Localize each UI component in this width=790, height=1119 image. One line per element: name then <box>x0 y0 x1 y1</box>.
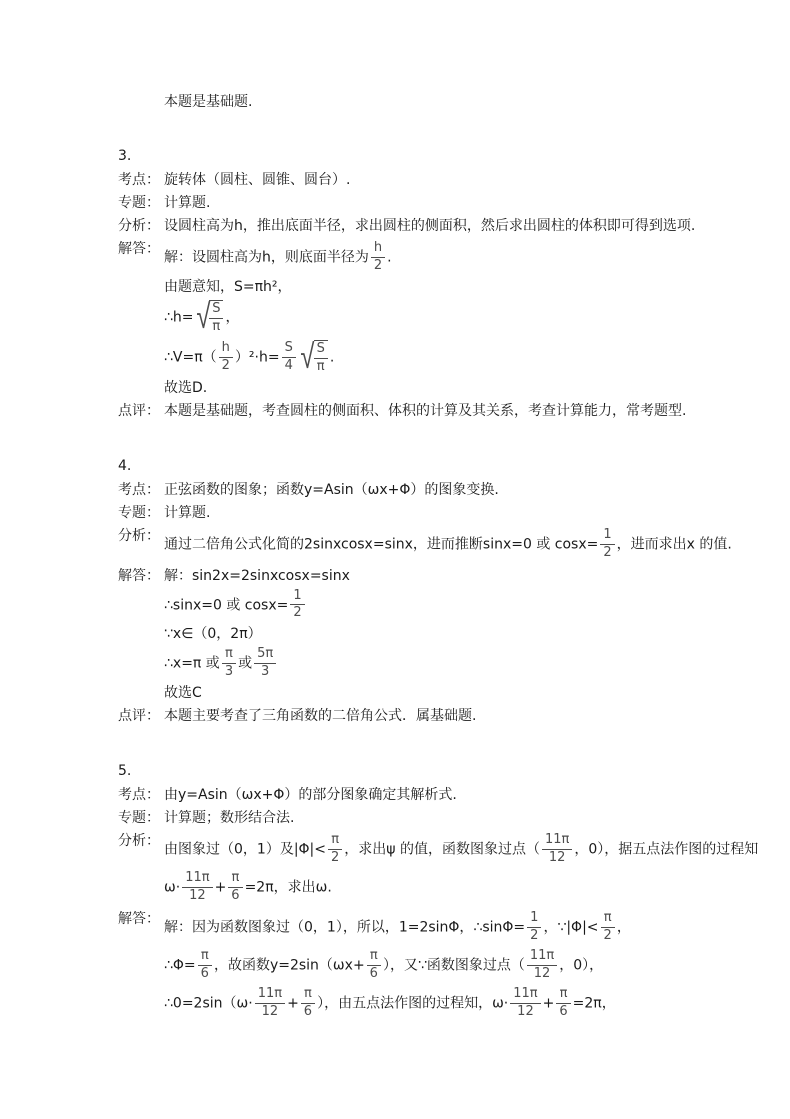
row-content: 正弦函数的图象；函数y=Asin（ωx+Φ）的图象变换. <box>164 479 772 501</box>
fraction-denominator: 2 <box>290 605 304 621</box>
row-content: 本题主要考查了三角函数的二倍角公式．属基础题. <box>164 705 772 727</box>
row-content: 解：设圆柱高为h，则底面半径为h2.由题意知，S=πh²，∴h=√Sπ，∴V=π… <box>164 238 772 399</box>
text-run: ，∵|Φ|< <box>543 919 598 935</box>
fraction-denominator: 12 <box>527 966 557 982</box>
problem-number: 4. <box>118 456 772 476</box>
fraction: h2 <box>371 241 385 274</box>
text-run: ∴h= <box>164 309 194 325</box>
fraction: π2 <box>601 911 615 944</box>
fraction: π6 <box>198 949 212 982</box>
content-line: ω·11π12+π6=2π，求出ω. <box>164 869 772 906</box>
fraction-numerator: π <box>222 647 236 664</box>
solution-row: 分析：设圆柱高为h，推出底面半径，求出圆柱的侧面积，然后求出圆柱的体积即可得到选… <box>118 215 772 237</box>
row-label: 解答： <box>118 238 164 259</box>
sqrt-expression: √Sπ <box>298 340 328 375</box>
content-line: 故选D. <box>164 378 772 398</box>
fraction-denominator: 2 <box>601 928 615 944</box>
fraction-numerator: 11π <box>527 949 557 966</box>
content-line: ∴Φ=π6，故函数y=2sin（ωx+π6），又∵函数图象过点（11π12，0）… <box>164 947 772 984</box>
radical-sign: √ <box>196 301 210 333</box>
text-run: 或 <box>238 656 252 672</box>
text-run: 旋转体（圆柱、圆锥、圆台）. <box>164 172 350 188</box>
fraction: Sπ <box>209 302 223 335</box>
problem-number: 3. <box>118 146 772 166</box>
fraction-numerator: S <box>209 302 223 319</box>
row-content: 计算题. <box>164 502 772 524</box>
fraction: 11π12 <box>527 949 557 982</box>
content-line: 解：因为函数图象过（0，1），所以，1=2sinΦ，∴sinΦ=12，∵|Φ|<… <box>164 909 772 946</box>
fraction-numerator: π <box>328 833 342 850</box>
text-run: ，求出ψ 的值，函数图象过点（ <box>344 842 540 858</box>
text-run: ， <box>225 309 239 325</box>
text-run: + <box>287 995 299 1011</box>
fraction-numerator: 1 <box>527 911 541 928</box>
fraction-denominator: 12 <box>510 1004 540 1020</box>
fraction: 12 <box>527 911 541 944</box>
text-run: ∵x∈（0，2π） <box>164 626 262 642</box>
fraction: 5π3 <box>254 647 276 680</box>
content-line: 设圆柱高为h，推出底面半径，求出圆柱的侧面积，然后求出圆柱的体积即可得到选项. <box>164 216 772 236</box>
solution-row: 专题：计算题. <box>118 192 772 214</box>
row-label: 专题： <box>118 192 164 213</box>
fraction-numerator: 5π <box>254 647 276 664</box>
fraction: π3 <box>222 647 236 680</box>
text-run: ω· <box>164 880 180 896</box>
fraction: Sπ <box>314 342 328 375</box>
radicand: Sπ <box>209 300 223 335</box>
content-line: 故选C <box>164 683 772 703</box>
solution-row: 解答：解：因为函数图象过（0，1），所以，1=2sinΦ，∴sinΦ=12，∵|… <box>118 908 772 1023</box>
solution-row: 考点：正弦函数的图象；函数y=Asin（ωx+Φ）的图象变换. <box>118 479 772 501</box>
row-label: 解答： <box>118 565 164 586</box>
row-label: 分析： <box>118 525 164 546</box>
sqrt-expression: √Sπ <box>194 300 224 335</box>
fraction-numerator: π <box>367 949 381 966</box>
text-run: ，进而求出x 的值. <box>617 536 732 552</box>
fraction: π2 <box>328 833 342 866</box>
text-run: 计算题. <box>164 195 210 211</box>
text-run: ，0）， <box>559 957 603 973</box>
row-content: 设圆柱高为h，推出底面半径，求出圆柱的侧面积，然后求出圆柱的体积即可得到选项. <box>164 215 772 237</box>
fraction-denominator: 12 <box>255 1004 285 1020</box>
problem-section: 3.考点：旋转体（圆柱、圆锥、圆台）.专题：计算题.分析：设圆柱高为h，推出底面… <box>118 146 772 422</box>
text-run: 解：因为函数图象过（0，1），所以，1=2sinΦ，∴sinΦ= <box>164 919 525 935</box>
content-line: ∴0=2sin（ω·11π12+π6），由五点法作图的过程知，ω·11π12+π… <box>164 985 772 1022</box>
fraction-denominator: π <box>314 359 328 375</box>
content-line: 本题是基础题，考查圆柱的侧面积、体积的计算及其关系，考查计算能力，常考题型. <box>164 401 772 421</box>
fraction: 11π12 <box>255 987 285 1020</box>
fraction: h2 <box>219 341 233 374</box>
fraction-numerator: π <box>556 987 570 1004</box>
text-run: ）²·h= <box>235 349 280 365</box>
text-run: 本题是基础题，考查圆柱的侧面积、体积的计算及其关系，考查计算能力，常考题型. <box>164 403 686 419</box>
row-label: 分析： <box>118 830 164 851</box>
fraction-denominator: 2 <box>219 358 233 374</box>
problem-section: 5.考点：由y=Asin（ωx+Φ）的部分图象确定其解析式.专题：计算题；数形结… <box>118 761 772 1022</box>
content-line: ∴x=π 或π3或5π3 <box>164 645 772 682</box>
fraction-numerator: 11π <box>542 833 572 850</box>
content-line: ∴h=√Sπ， <box>164 298 772 337</box>
text-run: 解：sin2x=2sinxcosx=sinx <box>164 568 350 584</box>
fraction-denominator: 12 <box>542 850 572 866</box>
fraction-numerator: π <box>228 871 242 888</box>
fraction-numerator: 11π <box>510 987 540 1004</box>
row-label: 点评： <box>118 400 164 421</box>
solution-row: 专题：计算题. <box>118 502 772 524</box>
content-line: 本题主要考查了三角函数的二倍角公式．属基础题. <box>164 706 772 726</box>
fraction: π6 <box>556 987 570 1020</box>
row-label: 解答： <box>118 908 164 929</box>
solution-row: 解答：解：设圆柱高为h，则底面半径为h2.由题意知，S=πh²，∴h=√Sπ，∴… <box>118 238 772 399</box>
fraction-numerator: π <box>301 987 315 1004</box>
fraction-denominator: 2 <box>527 928 541 944</box>
text-run: 本题主要考查了三角函数的二倍角公式．属基础题. <box>164 708 476 724</box>
content-line: 计算题. <box>164 503 772 523</box>
row-label: 考点： <box>118 784 164 805</box>
text-run: 故选C <box>164 685 202 701</box>
row-content: 由y=Asin（ωx+Φ）的部分图象确定其解析式. <box>164 784 772 806</box>
text-run: ∴Φ= <box>164 957 196 973</box>
text-run: 故选D. <box>164 380 207 396</box>
solution-row: 点评：本题主要考查了三角函数的二倍角公式．属基础题. <box>118 705 772 727</box>
fraction-numerator: 1 <box>600 528 614 545</box>
row-content: 旋转体（圆柱、圆锥、圆台）. <box>164 169 772 191</box>
solution-row: 解答：解：sin2x=2sinxcosx=sinx∴sinx=0 或 cosx=… <box>118 565 772 705</box>
row-label: 考点： <box>118 479 164 500</box>
content-line: 解：设圆柱高为h，则底面半径为h2. <box>164 239 772 276</box>
text-run: 通过二倍角公式化简的2sinxcosx=sinx，进而推断sinx=0 或 co… <box>164 536 598 552</box>
row-label: 专题： <box>118 807 164 828</box>
text-run: 由图象过（0，1）及|Φ|< <box>164 842 326 858</box>
fraction: 11π12 <box>510 987 540 1020</box>
content-line: 由题意知，S=πh²， <box>164 277 772 297</box>
text-run: . <box>387 249 391 265</box>
fraction: 11π12 <box>542 833 572 866</box>
text-run: + <box>543 995 555 1011</box>
fraction-denominator: 6 <box>367 966 381 982</box>
content-line: 计算题；数形结合法. <box>164 808 772 828</box>
problem-section: 4.考点：正弦函数的图象；函数y=Asin（ωx+Φ）的图象变换.专题：计算题.… <box>118 456 772 728</box>
text-run: =2π，求出ω. <box>245 880 332 896</box>
fraction: π6 <box>367 949 381 982</box>
text-run: 由y=Asin（ωx+Φ）的部分图象确定其解析式. <box>164 787 457 803</box>
radical-sign: √ <box>300 341 314 373</box>
fraction-numerator: 11π <box>182 871 212 888</box>
fraction-denominator: 12 <box>182 888 212 904</box>
fraction: π6 <box>301 987 315 1020</box>
row-content: 解：因为函数图象过（0，1），所以，1=2sinΦ，∴sinΦ=12，∵|Φ|<… <box>164 908 772 1023</box>
solution-row: 考点：旋转体（圆柱、圆锥、圆台）. <box>118 169 772 191</box>
text-run: ∴x=π 或 <box>164 656 220 672</box>
text-run: =2π， <box>573 995 616 1011</box>
comment-continuation-line: 本题是基础题. <box>164 92 772 112</box>
text-run: 设圆柱高为h，推出底面半径，求出圆柱的侧面积，然后求出圆柱的体积即可得到选项. <box>164 218 695 234</box>
fraction-denominator: 3 <box>222 664 236 680</box>
row-content: 通过二倍角公式化简的2sinxcosx=sinx，进而推断sinx=0 或 co… <box>164 525 772 564</box>
fraction-numerator: h <box>371 241 385 258</box>
fraction-denominator: 3 <box>254 664 276 680</box>
content-line: 通过二倍角公式化简的2sinxcosx=sinx，进而推断sinx=0 或 co… <box>164 526 772 563</box>
text-run: ，0），据五点法作图的过程知 <box>574 842 758 858</box>
row-content: 本题是基础题，考查圆柱的侧面积、体积的计算及其关系，考查计算能力，常考题型. <box>164 400 772 422</box>
content-line: 旋转体（圆柱、圆锥、圆台）. <box>164 170 772 190</box>
content-line: ∴sinx=0 或 cosx=12 <box>164 587 772 624</box>
fraction-denominator: 2 <box>328 850 342 866</box>
content-line: ∵x∈（0，2π） <box>164 624 772 644</box>
solution-row: 点评：本题是基础题，考查圆柱的侧面积、体积的计算及其关系，考查计算能力，常考题型… <box>118 400 772 422</box>
radicand: Sπ <box>314 340 328 375</box>
fraction-denominator: 6 <box>228 888 242 904</box>
problems-list: 3.考点：旋转体（圆柱、圆锥、圆台）.专题：计算题.分析：设圆柱高为h，推出底面… <box>118 146 772 1023</box>
fraction-denominator: 2 <box>371 258 385 274</box>
text-run: ，故函数y=2sin（ωx+ <box>214 957 365 973</box>
solution-row: 专题：计算题；数形结合法. <box>118 807 772 829</box>
text-run: 计算题. <box>164 505 210 521</box>
fraction-numerator: h <box>219 341 233 358</box>
fraction-denominator: 6 <box>198 966 212 982</box>
fraction: 12 <box>290 589 304 622</box>
text-run: 由题意知，S=πh²， <box>164 279 292 295</box>
fraction-denominator: 6 <box>556 1004 570 1020</box>
content-line: 正弦函数的图象；函数y=Asin（ωx+Φ）的图象变换. <box>164 480 772 500</box>
text-run: ∴0=2sin（ω· <box>164 995 253 1011</box>
fraction-numerator: S <box>314 342 328 359</box>
row-label: 点评： <box>118 705 164 726</box>
solution-row: 分析：由图象过（0，1）及|Φ|<π2，求出ψ 的值，函数图象过点（11π12，… <box>118 830 772 907</box>
fraction: 12 <box>600 528 614 561</box>
text-run: ），又∵函数图象过点（ <box>383 957 525 973</box>
problem-number: 5. <box>118 761 772 781</box>
fraction: 11π12 <box>182 871 212 904</box>
solution-row: 分析：通过二倍角公式化简的2sinxcosx=sinx，进而推断sinx=0 或… <box>118 525 772 564</box>
document-page: 本题是基础题. 3.考点：旋转体（圆柱、圆锥、圆台）.专题：计算题.分析：设圆柱… <box>0 0 790 1119</box>
fraction-numerator: S <box>282 341 296 358</box>
fraction: S4 <box>282 341 296 374</box>
text-run: ， <box>617 919 631 935</box>
text-run: + <box>215 880 227 896</box>
solution-row: 考点：由y=Asin（ωx+Φ）的部分图象确定其解析式. <box>118 784 772 806</box>
text-run: ∴V=π（ <box>164 349 217 365</box>
text-run: ∴sinx=0 或 cosx= <box>164 597 288 613</box>
content-line: ∴V=π（h2）²·h=S4√Sπ. <box>164 338 772 377</box>
fraction-denominator: π <box>209 319 223 335</box>
content-line: 由y=Asin（ωx+Φ）的部分图象确定其解析式. <box>164 785 772 805</box>
fraction-denominator: 4 <box>282 358 296 374</box>
text-run: . <box>330 349 334 365</box>
row-content: 计算题；数形结合法. <box>164 807 772 829</box>
row-content: 解：sin2x=2sinxcosx=sinx∴sinx=0 或 cosx=12∵… <box>164 565 772 705</box>
content-line: 解：sin2x=2sinxcosx=sinx <box>164 566 772 586</box>
content-line: 计算题. <box>164 193 772 213</box>
fraction-numerator: 11π <box>255 987 285 1004</box>
fraction-denominator: 2 <box>600 545 614 561</box>
text-run: 计算题；数形结合法. <box>164 810 294 826</box>
fraction-numerator: π <box>601 911 615 928</box>
fraction-denominator: 6 <box>301 1004 315 1020</box>
fraction: π6 <box>228 871 242 904</box>
row-content: 计算题. <box>164 192 772 214</box>
text-run: ），由五点法作图的过程知，ω· <box>317 995 508 1011</box>
row-content: 由图象过（0，1）及|Φ|<π2，求出ψ 的值，函数图象过点（11π12，0），… <box>164 830 772 907</box>
fraction-numerator: 1 <box>290 589 304 606</box>
row-label: 分析： <box>118 215 164 236</box>
fraction-numerator: π <box>198 949 212 966</box>
row-label: 专题： <box>118 502 164 523</box>
text-run: 正弦函数的图象；函数y=Asin（ωx+Φ）的图象变换. <box>164 482 499 498</box>
row-label: 考点： <box>118 169 164 190</box>
content-line: 由图象过（0，1）及|Φ|<π2，求出ψ 的值，函数图象过点（11π12，0），… <box>164 831 772 868</box>
text-run: 解：设圆柱高为h，则底面半径为 <box>164 249 369 265</box>
